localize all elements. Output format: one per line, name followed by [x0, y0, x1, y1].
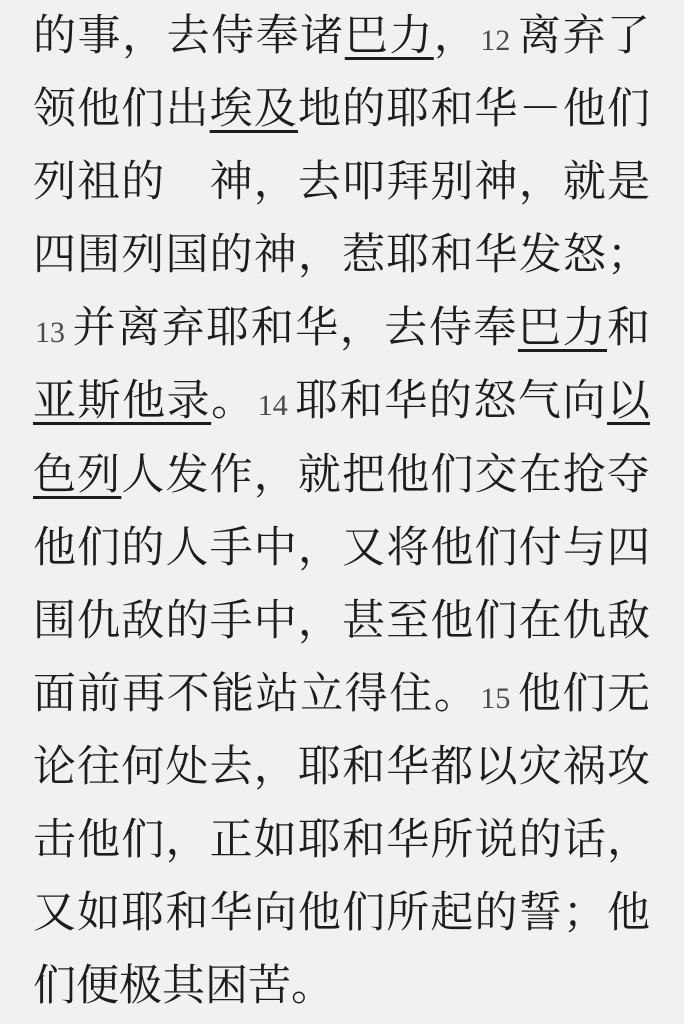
- proper-noun-underlined: 亚斯他录: [33, 377, 211, 425]
- text-segment: 围仇敌的手中，甚至他们在仇敌: [33, 597, 650, 645]
- verse-number: 14: [258, 389, 288, 422]
- text-line: 面前再不能站立得住。15他们无: [33, 658, 650, 731]
- text-line: 四围列国的神，惹耶和华发怒；: [33, 219, 650, 292]
- text-segment: 耶和华的怒气向: [294, 377, 607, 425]
- proper-noun-underlined: 色列: [33, 451, 121, 499]
- text-segment: ，: [434, 12, 479, 60]
- text-line: 色列人发作，就把他们交在抢夺: [33, 439, 650, 512]
- scripture-page: 的事，去侍奉诸巴力，12离弃了领他们出埃及地的耶和华－他们列祖的 神，去叩拜别神…: [0, 0, 684, 1024]
- text-line: 论往何处去，耶和华都以灾祸攻: [33, 731, 650, 804]
- proper-noun-underlined: 埃及: [210, 85, 298, 133]
- text-segment: 和: [607, 304, 650, 352]
- text-line: 他们的人手中，又将他们付与四: [33, 512, 650, 585]
- text-line: 又如耶和华向他们所起的誓；他: [33, 877, 650, 950]
- text-line: 列祖的 神，去叩拜别神，就是: [33, 146, 650, 219]
- text-line: 领他们出埃及地的耶和华－他们: [33, 73, 650, 146]
- verse-number: 13: [35, 316, 65, 349]
- text-segment: 。: [211, 377, 256, 425]
- text-segment: 又如耶和华向他们所起的誓；他: [33, 889, 650, 937]
- verse-number: 12: [480, 24, 510, 57]
- text-segment: 他们的人手中，又将他们付与四: [33, 524, 650, 572]
- text-segment: 面前再不能站立得住。: [33, 670, 478, 718]
- text-line: 的事，去侍奉诸巴力，12离弃了: [33, 0, 650, 73]
- verse-number: 15: [480, 682, 510, 715]
- proper-noun-underlined: 以: [607, 377, 650, 425]
- text-line: 亚斯他录。14耶和华的怒气向以: [33, 365, 650, 438]
- scripture-text: 的事，去侍奉诸巴力，12离弃了领他们出埃及地的耶和华－他们列祖的 神，去叩拜别神…: [33, 0, 650, 1023]
- text-segment: 击他们，正如耶和华所说的话，: [33, 816, 650, 864]
- text-line: 13并离弃耶和华，去侍奉巴力和: [33, 292, 650, 365]
- text-segment: 论往何处去，耶和华都以灾祸攻: [33, 743, 650, 791]
- text-segment: 人发作，就把他们交在抢夺: [121, 451, 650, 499]
- text-segment: 地的耶和华－他们: [298, 85, 650, 133]
- proper-noun-underlined: 巴力: [518, 304, 607, 352]
- text-line: 围仇敌的手中，甚至他们在仇敌: [33, 585, 650, 658]
- text-segment: 离弃了: [516, 12, 650, 60]
- text-line: 们便极其困苦。: [33, 950, 650, 1023]
- text-segment: 领他们出: [33, 85, 210, 133]
- proper-noun-underlined: 巴力: [345, 12, 434, 60]
- text-segment: 四围列国的神，惹耶和华发怒；: [33, 231, 650, 279]
- text-segment: 列祖的 神，去叩拜别神，就是: [33, 158, 650, 206]
- text-segment: 们便极其困苦。: [33, 962, 334, 1010]
- text-segment: 他们无: [516, 670, 650, 718]
- text-segment: 的事，去侍奉诸: [33, 12, 345, 60]
- text-line: 击他们，正如耶和华所说的话，: [33, 804, 650, 877]
- text-segment: 并离弃耶和华，去侍奉: [71, 304, 518, 352]
